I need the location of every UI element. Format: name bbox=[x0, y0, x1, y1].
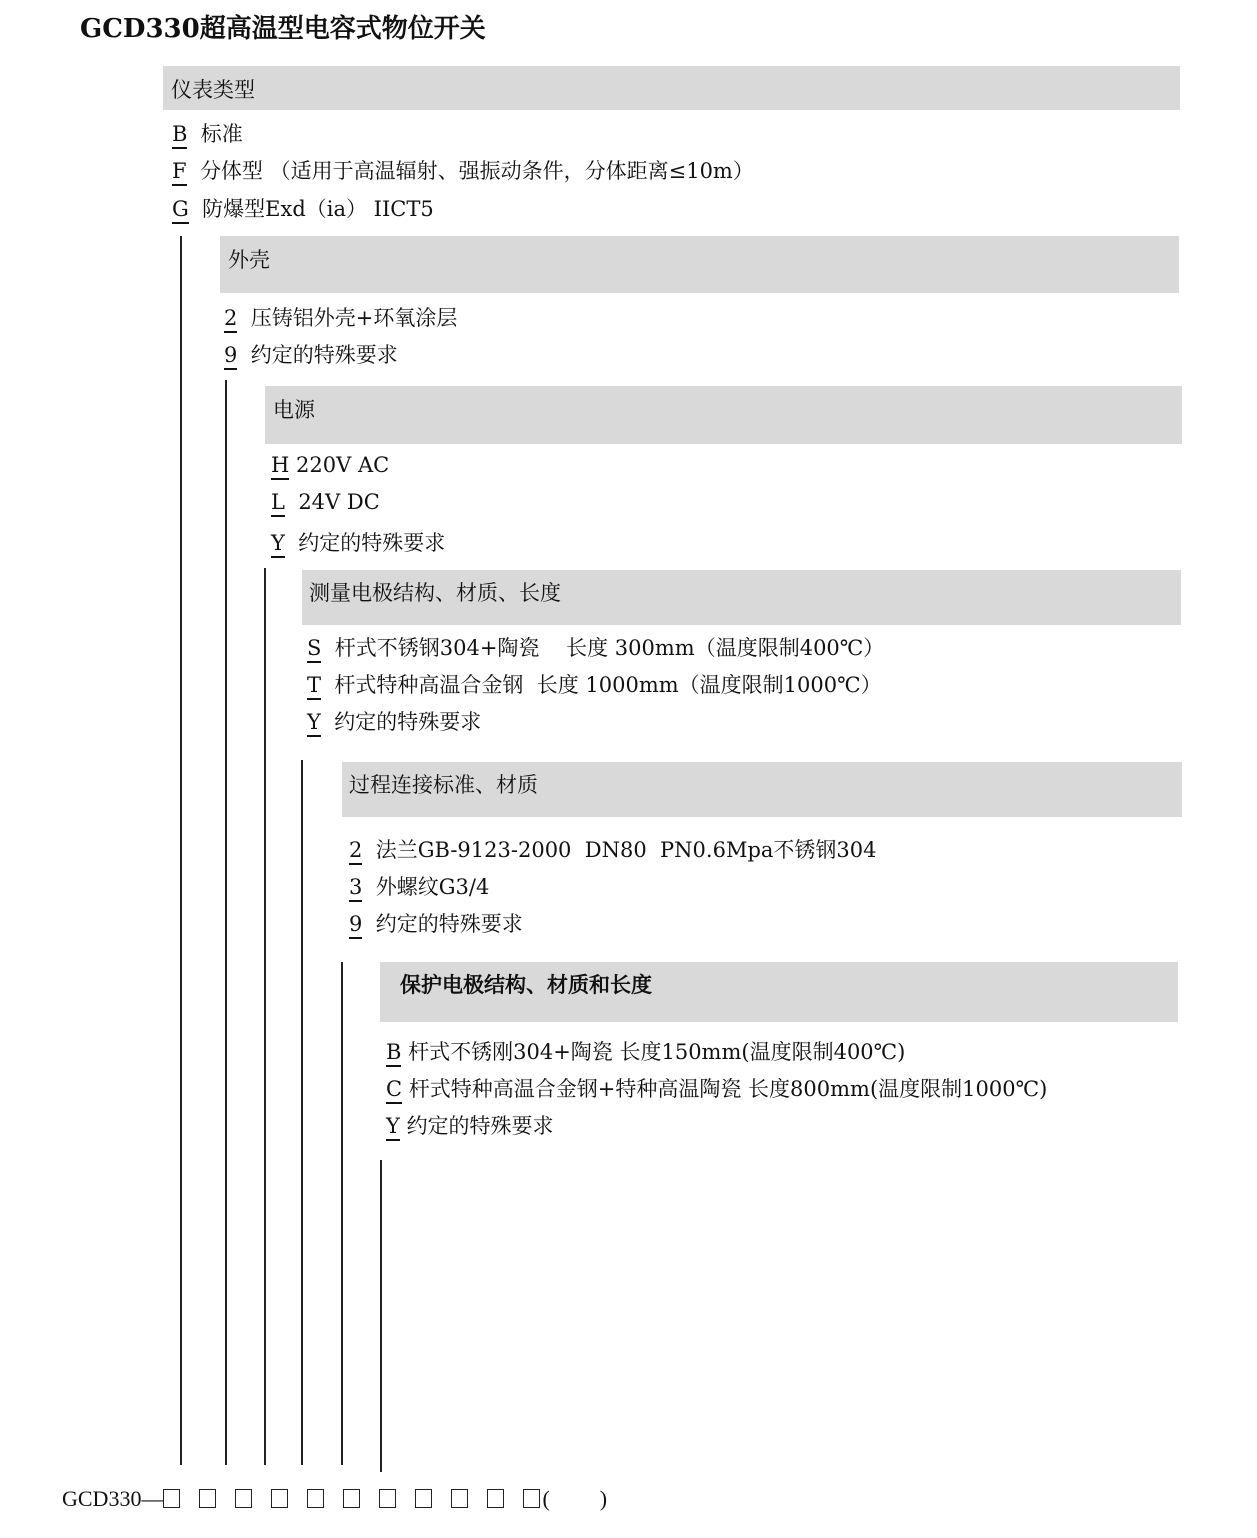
code-box bbox=[487, 1489, 504, 1508]
section-band-instrument-type bbox=[163, 66, 1180, 110]
option-code: 2 bbox=[349, 838, 362, 865]
page-title: GCD330超高温型电容式物位开关 bbox=[80, 8, 486, 45]
option-code: F bbox=[172, 159, 187, 186]
option-row: 3 外螺纹G3/4 bbox=[349, 871, 489, 902]
option-row: Y 约定的特殊要求 bbox=[307, 706, 481, 737]
option-row: S 杆式不锈钢304+陶瓷 长度 300mm（温度限制400℃） bbox=[307, 632, 884, 663]
code-box bbox=[199, 1489, 216, 1508]
option-code: 3 bbox=[349, 875, 362, 902]
option-text: 法兰GB-9123-2000 DN80 PN0.6Mpa不锈钢304 bbox=[376, 838, 877, 862]
option-text: 220V AC bbox=[296, 453, 389, 477]
option-row: Y 约定的特殊要求 bbox=[386, 1110, 554, 1141]
code-box bbox=[235, 1489, 252, 1508]
option-text: 约定的特殊要求 bbox=[376, 912, 523, 936]
option-code: C bbox=[386, 1077, 402, 1104]
connector-line-measuring-electrode bbox=[301, 760, 303, 1465]
code-box bbox=[415, 1489, 432, 1508]
option-code: T bbox=[307, 673, 321, 700]
option-code: H bbox=[271, 453, 289, 480]
option-code: 9 bbox=[224, 343, 237, 370]
code-box bbox=[163, 1489, 180, 1508]
option-row: H 220V AC bbox=[271, 453, 389, 480]
option-text: 约定的特殊要求 bbox=[334, 710, 481, 734]
option-text: 杆式特种高温合金钢+特种高温陶瓷 长度800mm(温度限制1000℃) bbox=[409, 1077, 1048, 1101]
option-text: 杆式特种高温合金钢 长度 1000mm（温度限制1000℃） bbox=[334, 673, 881, 697]
option-text: 标准 bbox=[201, 122, 243, 146]
code-box bbox=[523, 1489, 540, 1508]
code-box bbox=[379, 1489, 396, 1508]
model-code-prefix: GCD330— bbox=[62, 1486, 163, 1511]
code-box bbox=[451, 1489, 468, 1508]
option-text: 约定的特殊要求 bbox=[251, 343, 398, 367]
section-heading-measuring-electrode: 测量电极结构、材质、长度 bbox=[309, 577, 561, 607]
section-heading-protective-electrode: 保护电极结构、材质和长度 bbox=[400, 969, 652, 999]
option-row: T 杆式特种高温合金钢 长度 1000mm（温度限制1000℃） bbox=[307, 669, 882, 700]
option-row: B 标准 bbox=[172, 118, 243, 149]
option-row: L 24V DC bbox=[271, 490, 380, 517]
option-code: Y bbox=[386, 1114, 400, 1141]
option-code: Y bbox=[271, 531, 285, 558]
option-code: B bbox=[386, 1040, 401, 1067]
code-box bbox=[343, 1489, 360, 1508]
code-box bbox=[307, 1489, 324, 1508]
model-code-template: GCD330—() bbox=[62, 1486, 607, 1512]
option-row: 9 约定的特殊要求 bbox=[224, 339, 398, 370]
option-row: 2 压铸铝外壳+环氧涂层 bbox=[224, 302, 457, 333]
section-heading-instrument-type: 仪表类型 bbox=[171, 74, 255, 104]
option-code: L bbox=[271, 490, 285, 517]
option-code: 9 bbox=[349, 912, 362, 939]
connector-line-instrument-type bbox=[180, 236, 182, 1465]
option-code: Y bbox=[307, 710, 321, 737]
connector-line-housing bbox=[225, 380, 227, 1465]
option-code: G bbox=[172, 197, 189, 224]
option-row: F 分体型 （适用于高温辐射、强振动条件，分体距离≤10m） bbox=[172, 155, 754, 186]
connector-line-process-connection bbox=[341, 962, 343, 1465]
section-band-housing bbox=[220, 236, 1179, 293]
option-row: Y 约定的特殊要求 bbox=[271, 527, 445, 558]
connector-line-protective-electrode bbox=[380, 1160, 382, 1472]
option-text: 约定的特殊要求 bbox=[407, 1114, 554, 1138]
option-code: 2 bbox=[224, 306, 237, 333]
section-heading-power-supply: 电源 bbox=[273, 394, 315, 424]
option-text: 防爆型Exd（ia） IICT5 bbox=[202, 197, 434, 221]
option-row: B 杆式不锈刚304+陶瓷 长度150mm(温度限制400℃) bbox=[386, 1036, 905, 1067]
option-text: 分体型 （适用于高温辐射、强振动条件，分体距离≤10m） bbox=[200, 159, 754, 183]
section-band-power-supply bbox=[265, 386, 1182, 444]
option-row: C 杆式特种高温合金钢+特种高温陶瓷 长度800mm(温度限制1000℃) bbox=[386, 1073, 1047, 1104]
option-row: 2 法兰GB-9123-2000 DN80 PN0.6Mpa不锈钢304 bbox=[349, 834, 877, 865]
option-text: 24V DC bbox=[292, 490, 380, 514]
code-box bbox=[271, 1489, 288, 1508]
option-code: B bbox=[172, 122, 187, 149]
section-heading-housing: 外壳 bbox=[228, 244, 270, 274]
option-row: 9 约定的特殊要求 bbox=[349, 908, 523, 939]
option-row: G 防爆型Exd（ia） IICT5 bbox=[172, 193, 434, 224]
suffix-close-paren: ) bbox=[600, 1486, 607, 1511]
section-heading-process-connection: 过程连接标准、材质 bbox=[349, 769, 538, 799]
option-text: 杆式不锈刚304+陶瓷 长度150mm(温度限制400℃) bbox=[408, 1040, 905, 1064]
option-code: S bbox=[307, 636, 321, 663]
suffix-open-paren: ( bbox=[542, 1486, 549, 1511]
option-text: 外螺纹G3/4 bbox=[376, 875, 490, 899]
option-text: 压铸铝外壳+环氧涂层 bbox=[251, 306, 458, 330]
option-text: 杆式不锈钢304+陶瓷 长度 300mm（温度限制400℃） bbox=[335, 636, 885, 660]
connector-line-power-supply bbox=[264, 568, 266, 1465]
option-text: 约定的特殊要求 bbox=[292, 531, 446, 555]
